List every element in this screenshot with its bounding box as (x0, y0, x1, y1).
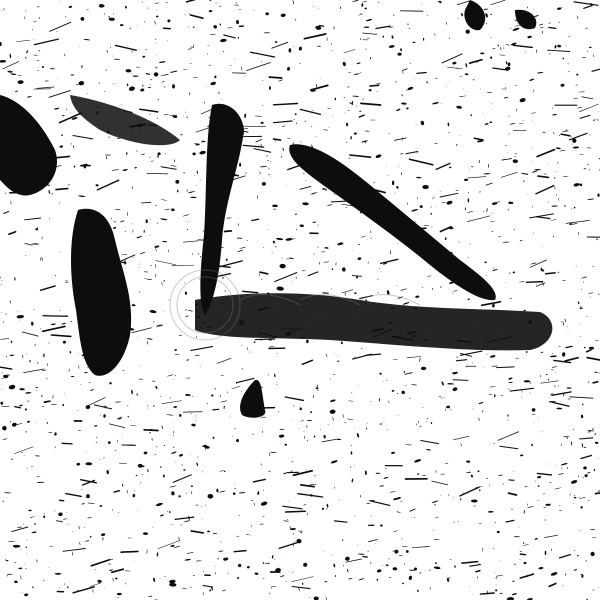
grunge-texture (0, 0, 600, 600)
